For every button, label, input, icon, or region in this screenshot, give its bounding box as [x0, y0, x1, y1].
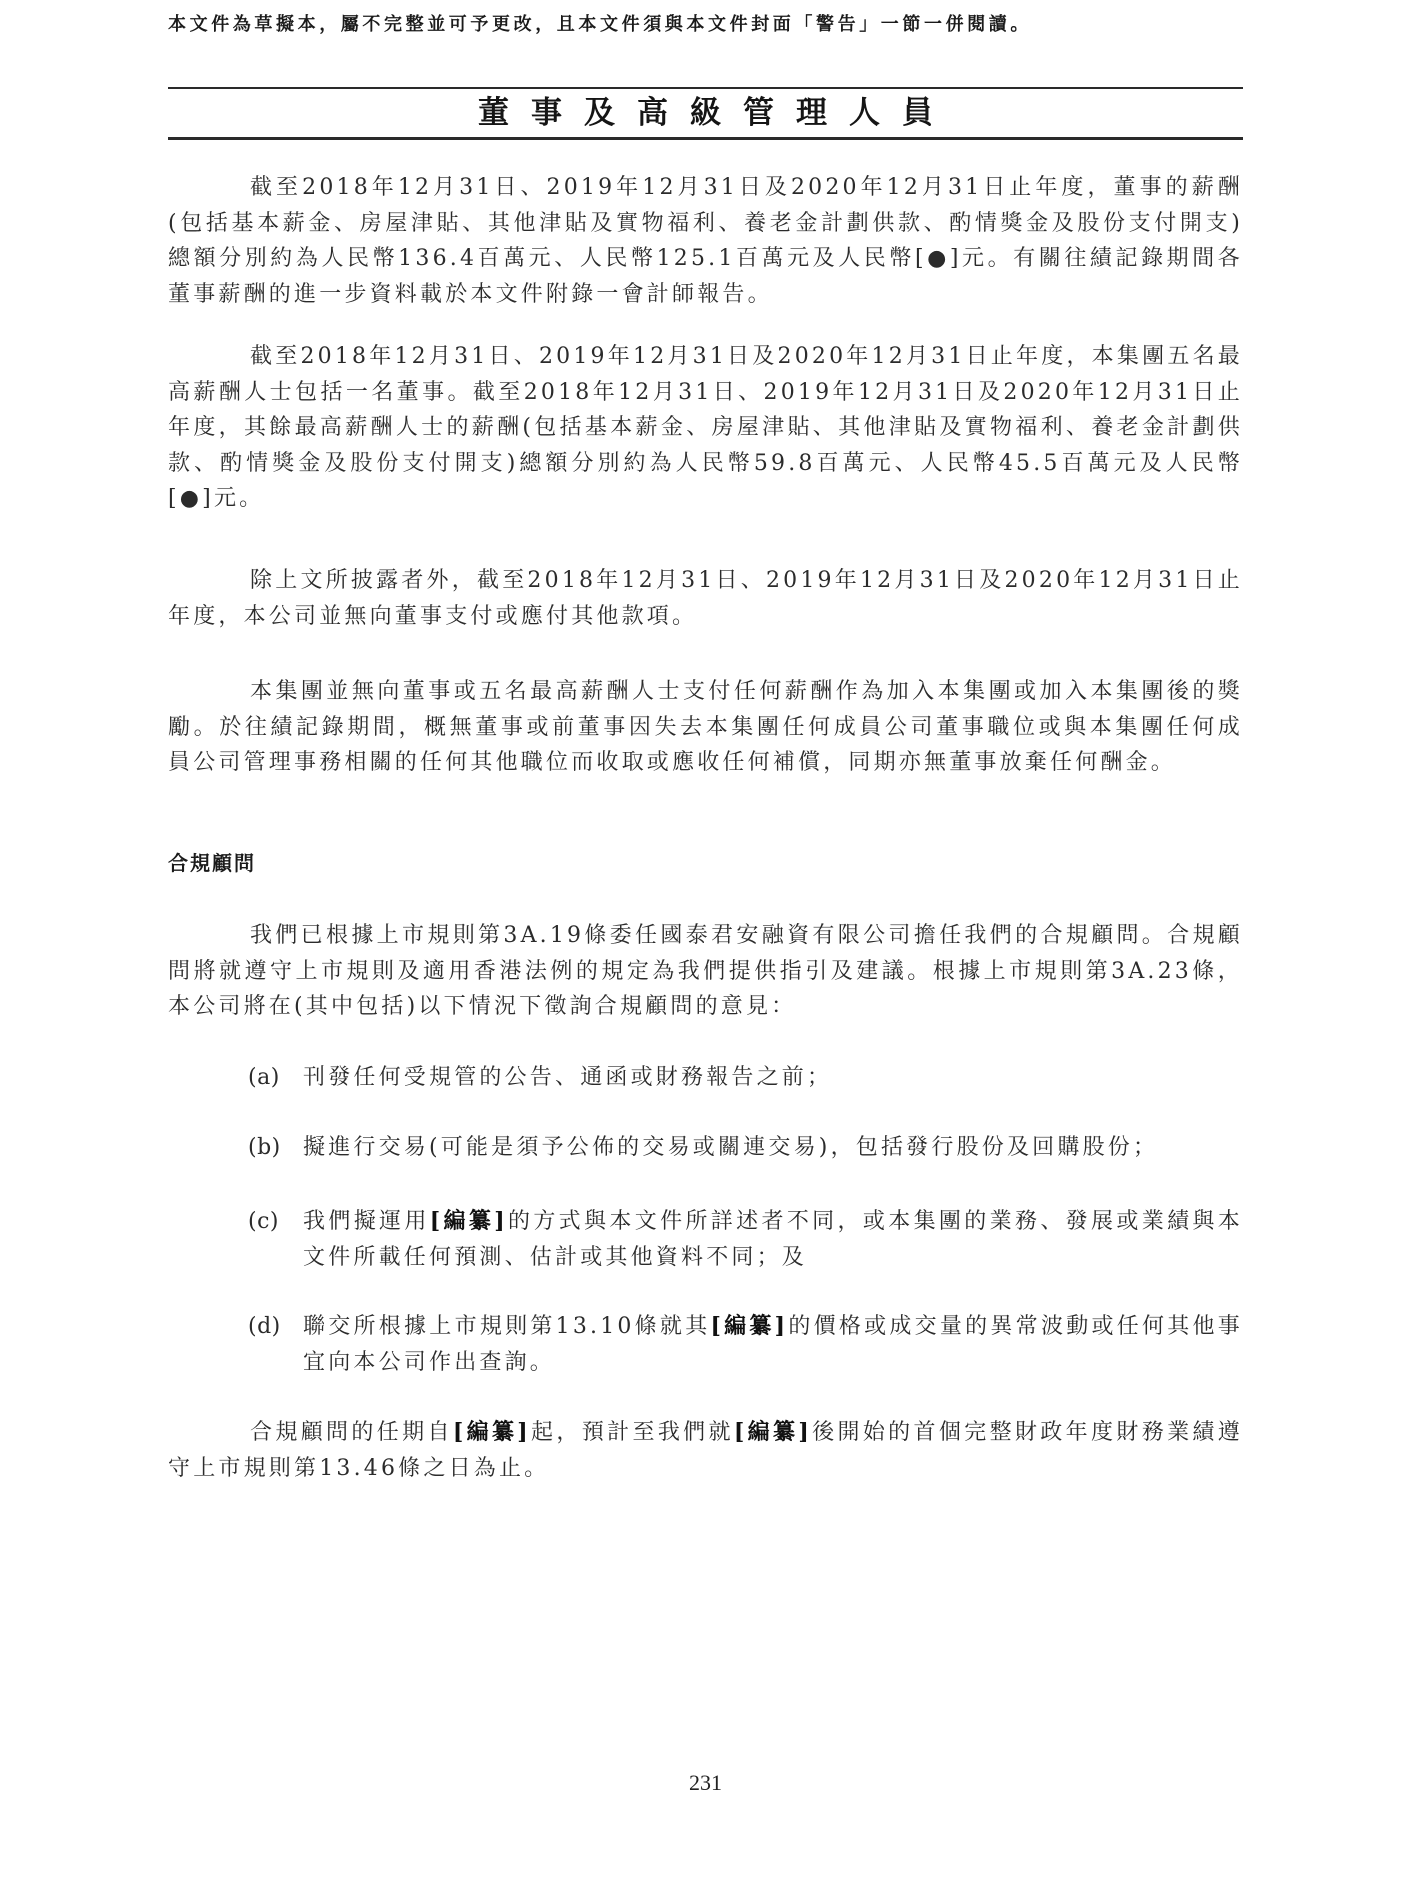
paragraph-compliance-term: 合規顧問的任期自[編纂]起，預計至我們就[編纂]後開始的首個完整財政年度財務業績…: [168, 1415, 1243, 1486]
list-item-label: (c): [248, 1204, 279, 1240]
redacted-placeholder: [編纂]: [734, 1419, 812, 1445]
text-run: 起，預計至我們就: [531, 1420, 734, 1445]
paragraph-text: 除上文所披露者外，截至2018年12月31日、2019年12月31日及2020年…: [168, 563, 1243, 634]
list-item-c: (c) 我們擬運用[編纂]的方式與本文件所詳述者不同，或本集團的業務、發展或業績…: [248, 1204, 1243, 1275]
list-item-text: 聯交所根據上市規則第13.10條就其[編纂]的價格或成交量的異常波動或任何其他事…: [303, 1309, 1243, 1380]
page-number: 231: [0, 1770, 1411, 1796]
list-item-d: (d) 聯交所根據上市規則第13.10條就其[編纂]的價格或成交量的異常波動或任…: [248, 1309, 1243, 1380]
paragraph-text: 我們已根據上市規則第3A.19條委任國泰君安融資有限公司擔任我們的合規顧問。合規…: [168, 918, 1243, 1025]
compliance-advisor-heading: 合規顧問: [168, 848, 256, 878]
text-run: 合規顧問的任期自: [250, 1420, 453, 1445]
paragraph-highest-paid: 截至2018年12月31日、2019年12月31日及2020年12月31日止年度…: [168, 339, 1243, 517]
paragraph-no-inducement: 本集團並無向董事或五名最高薪酬人士支付任何薪酬作為加入本集團或加入本集團後的獎勵…: [168, 674, 1243, 781]
list-item-text: 擬進行交易(可能是須予公佈的交易或關連交易)，包括發行股份及回購股份；: [303, 1130, 1243, 1166]
paragraph-director-remuneration: 截至2018年12月31日、2019年12月31日及2020年12月31日止年度…: [168, 170, 1243, 312]
paragraph-text: 截至2018年12月31日、2019年12月31日及2020年12月31日止年度…: [168, 339, 1243, 517]
list-item-b: (b) 擬進行交易(可能是須予公佈的交易或關連交易)，包括發行股份及回購股份；: [248, 1130, 1243, 1166]
text-run: 刊發任何受規管的公告、通函或財務報告之前；: [303, 1065, 832, 1090]
paragraph-other-payments: 除上文所披露者外，截至2018年12月31日、2019年12月31日及2020年…: [168, 563, 1243, 634]
text-run: 聯交所根據上市規則第13.10條就其: [303, 1314, 710, 1339]
redacted-placeholder: [編纂]: [453, 1419, 531, 1445]
redacted-placeholder: [編纂]: [710, 1313, 788, 1339]
paragraph-compliance-intro: 我們已根據上市規則第3A.19條委任國泰君安融資有限公司擔任我們的合規顧問。合規…: [168, 918, 1243, 1025]
list-item-text: 刊發任何受規管的公告、通函或財務報告之前；: [303, 1060, 1243, 1096]
paragraph-text: 本集團並無向董事或五名最高薪酬人士支付任何薪酬作為加入本集團或加入本集團後的獎勵…: [168, 674, 1243, 781]
paragraph-text: 截至2018年12月31日、2019年12月31日及2020年12月31日止年度…: [168, 170, 1243, 312]
list-item-label: (a): [248, 1060, 280, 1096]
list-item-a: (a) 刊發任何受規管的公告、通函或財務報告之前；: [248, 1060, 1243, 1096]
text-run: 擬進行交易(可能是須予公佈的交易或關連交易)，包括發行股份及回購股份；: [303, 1135, 1158, 1160]
text-run: 我們擬運用: [303, 1209, 430, 1234]
section-title: 董事及高級管理人員: [168, 91, 1243, 135]
paragraph-text: 合規顧問的任期自[編纂]起，預計至我們就[編纂]後開始的首個完整財政年度財務業績…: [168, 1415, 1243, 1486]
title-top-rule: [168, 87, 1243, 89]
list-item-label: (d): [248, 1309, 281, 1345]
redacted-placeholder: [編纂]: [430, 1208, 508, 1234]
list-item-text: 我們擬運用[編纂]的方式與本文件所詳述者不同，或本集團的業務、發展或業績與本文件…: [303, 1204, 1243, 1275]
draft-warning-banner: 本文件為草擬本，屬不完整並可予更改，且本文件須與本文件封面「警告」一節一併閱讀。: [168, 12, 1243, 38]
title-bottom-rule: [168, 137, 1243, 140]
list-item-label: (b): [248, 1130, 281, 1166]
